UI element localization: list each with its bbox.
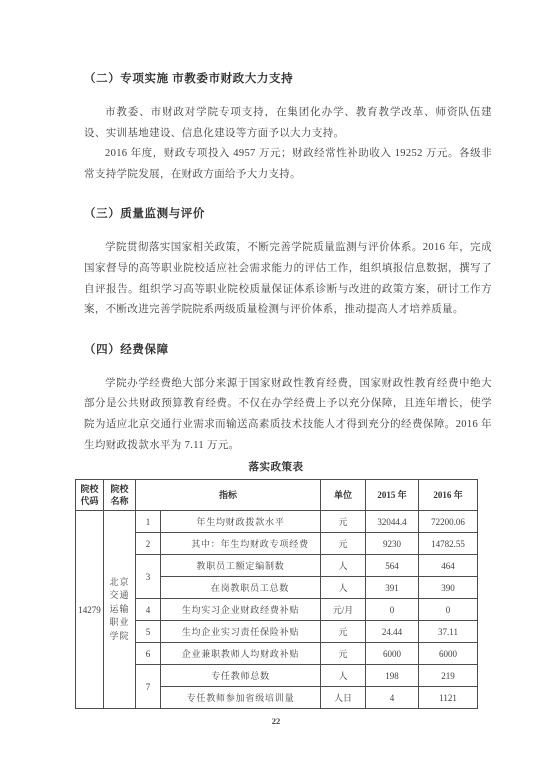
- header-unit: 单位: [321, 480, 366, 511]
- table-row: 14279 北京 交通 运输 职业 学院 1 年生均财政拨款水平 元 32044…: [76, 511, 478, 533]
- header-school-name: 院校 名称: [104, 480, 136, 511]
- unit-cell: 元: [321, 643, 366, 665]
- indicator-number: 1: [136, 511, 161, 533]
- header-school-code: 院校 代码: [76, 480, 104, 511]
- paragraph-funding-guarantee: 学院办学经费绝大部分来源于国家财政性教育经费，国家财政性教育经费中绝大部分是公共…: [84, 374, 492, 456]
- indicator-name: 企业兼职教师人均财政补贴: [161, 643, 321, 665]
- table-row: 6 企业兼职教师人均财政补贴 元 6000 6000: [76, 643, 478, 665]
- indicator-name: 生均企业实习责任保险补贴: [161, 621, 321, 643]
- section-heading-funding-guarantee: （四）经费保障: [84, 341, 492, 357]
- value-2016: 0: [419, 599, 478, 621]
- unit-cell: 人日: [321, 687, 366, 709]
- indicator-name: 教职员工额定编制数: [161, 555, 321, 577]
- table-title: 落实政策表: [75, 459, 477, 474]
- unit-cell: 元/月: [321, 599, 366, 621]
- table-header-row: 院校 代码 院校 名称 指标 单位 2015 年 2016 年: [76, 480, 478, 511]
- indicator-number: 5: [136, 621, 161, 643]
- indicator-name: 专任教师参加省级培训量: [161, 687, 321, 709]
- section-heading-special-support: （二）专项实施 市教委市财政大力支持: [84, 70, 492, 86]
- unit-cell: 人: [321, 665, 366, 687]
- value-2016: 14782.55: [419, 533, 478, 555]
- value-2015: 24.44: [366, 621, 419, 643]
- value-2016: 390: [419, 577, 478, 599]
- table-row: 5 生均企业实习责任保险补贴 元 24.44 37.11: [76, 621, 478, 643]
- table-row: 2 其中：年生均财政专项经费 元 9230 14782.55: [76, 533, 478, 555]
- table-row: 7 专任教师总数 人 198 219: [76, 665, 478, 687]
- indicator-number: 7: [136, 665, 161, 709]
- value-2015: 564: [366, 555, 419, 577]
- header-year-2016: 2016 年: [419, 480, 478, 511]
- value-2015: 6000: [366, 643, 419, 665]
- paragraph-special-support-1: 市教委、市财政对学院专项支持，在集团化办学、教育教学改革、师资队伍建设、实训基地…: [84, 103, 492, 144]
- paragraph-special-support-2: 2016 年度，财政专项投入 4957 万元；财政经常性补助收入 19252 万…: [84, 144, 492, 185]
- value-2016: 464: [419, 555, 478, 577]
- indicator-name: 年生均财政拨款水平: [161, 511, 321, 533]
- value-2016: 1121: [419, 687, 478, 709]
- value-2016: 72200.06: [419, 511, 478, 533]
- section-heading-quality-monitoring: （三）质量监测与评价: [84, 205, 492, 221]
- unit-cell: 人: [321, 555, 366, 577]
- indicator-number: 6: [136, 643, 161, 665]
- unit-cell: 元: [321, 621, 366, 643]
- school-name-cell: 北京 交通 运输 职业 学院: [104, 511, 136, 709]
- value-2016: 37.11: [419, 621, 478, 643]
- indicator-number: 3: [136, 555, 161, 599]
- unit-cell: 元: [321, 533, 366, 555]
- indicator-number: 4: [136, 599, 161, 621]
- value-2016: 219: [419, 665, 478, 687]
- indicator-name: 专任教师总数: [161, 665, 321, 687]
- indicator-name: 生均实习企业财政经费补贴: [161, 599, 321, 621]
- value-2015: 391: [366, 577, 419, 599]
- value-2016: 6000: [419, 643, 478, 665]
- header-year-2015: 2015 年: [366, 480, 419, 511]
- value-2015: 32044.4: [366, 511, 419, 533]
- header-indicator: 指标: [136, 480, 321, 511]
- page-number: 22: [75, 716, 477, 726]
- value-2015: 4: [366, 687, 419, 709]
- value-2015: 9230: [366, 533, 419, 555]
- unit-cell: 元: [321, 511, 366, 533]
- indicator-number: 2: [136, 533, 161, 555]
- paragraph-quality-monitoring: 学院贯彻落实国家相关政策，不断完善学院质量监测与评价体系。2016 年，完成国家…: [84, 238, 492, 320]
- policy-table-area: 落实政策表 院校 代码 院校 名称 指标 单位 2015 年 2016 年 14…: [75, 459, 477, 726]
- indicator-name: 在岗教职员工总数: [161, 577, 321, 599]
- table-row: 3 教职员工额定编制数 人 564 464: [76, 555, 478, 577]
- table-row: 4 生均实习企业财政经费补贴 元/月 0 0: [76, 599, 478, 621]
- value-2015: 0: [366, 599, 419, 621]
- document-page: （二）专项实施 市教委市财政大力支持 市教委、市财政对学院专项支持，在集团化办学…: [0, 0, 554, 783]
- indicator-name: 其中：年生均财政专项经费: [161, 533, 321, 555]
- policy-implementation-table: 院校 代码 院校 名称 指标 单位 2015 年 2016 年 14279 北京…: [75, 479, 478, 709]
- unit-cell: 人: [321, 577, 366, 599]
- value-2015: 198: [366, 665, 419, 687]
- school-code-cell: 14279: [76, 511, 104, 709]
